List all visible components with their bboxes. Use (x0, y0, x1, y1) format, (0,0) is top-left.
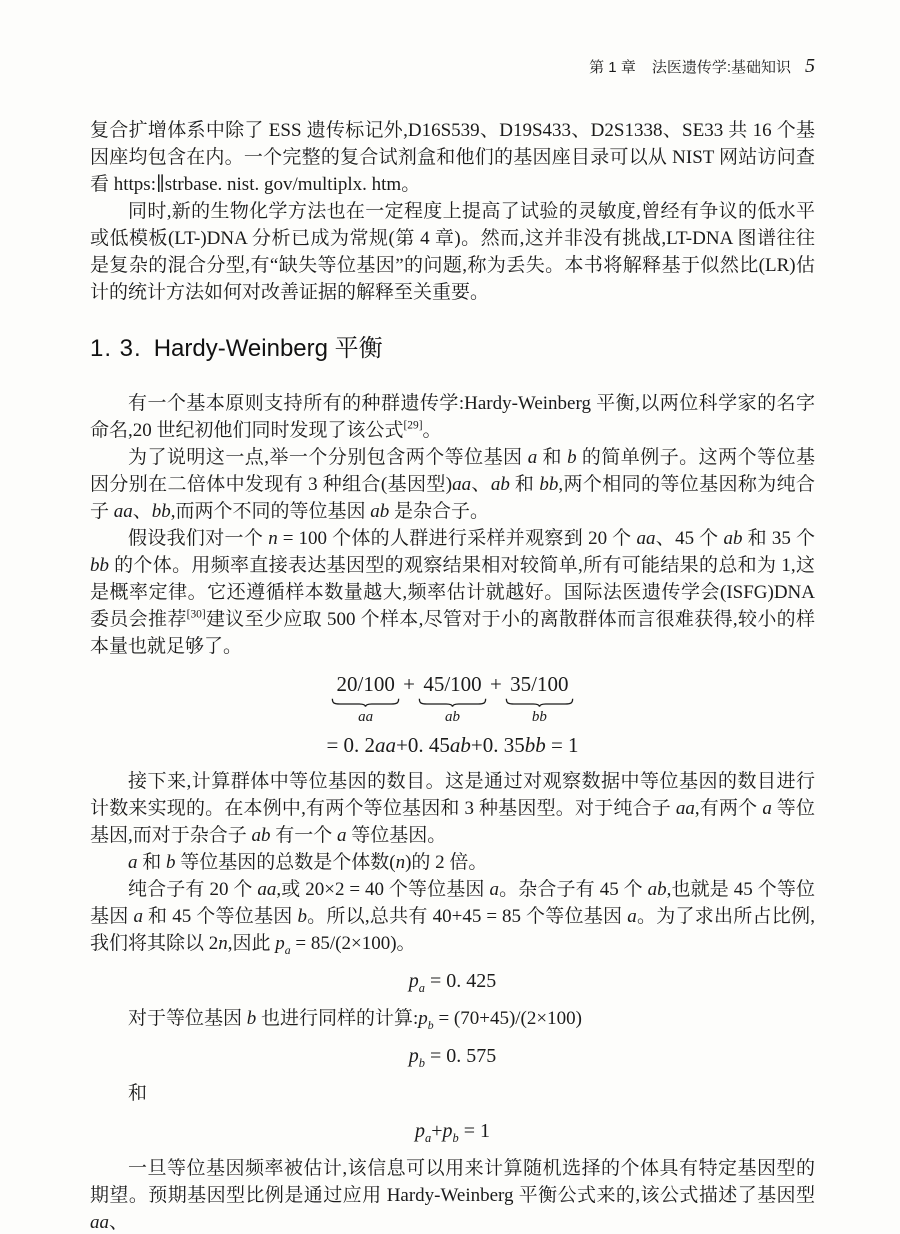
running-header: 第 1 章法医遗传学:基础知识5 (90, 55, 815, 79)
formula-brace-row: 20/100 aa + 45/100 ab + 35/100 bb (328, 672, 577, 725)
paragraph-multiplex-kits: 复合扩增体系中除了 ESS 遗传标记外,D16S539、D19S433、D2S1… (90, 117, 815, 198)
formula-term-ab: 45/100 ab (415, 672, 490, 725)
paragraph-homozygote-count: 纯合子有 20 个 aa,或 20×2 = 40 个等位基因 a。杂合子有 45… (90, 876, 815, 957)
underbrace-icon (505, 698, 574, 707)
underbrace-icon (331, 698, 400, 707)
formula-term-bb: 35/100 bb (502, 672, 577, 725)
formula-pa-plus-pb: pa+pb = 1 (90, 1118, 815, 1144)
paragraph-and-connector: 和 (90, 1080, 815, 1107)
book-page: 第 1 章法医遗传学:基础知识5 复合扩增体系中除了 ESS 遗传标记外,D16… (0, 0, 900, 1234)
header-chapter-label: 第 1 章 (589, 59, 636, 76)
section-heading-hardy-weinberg: 1. 3.Hardy-Weinberg 平衡 (90, 334, 815, 364)
paragraph-lt-dna-sensitivity: 同时,新的生物化学方法也在一定程度上提高了试验的灵敏度,曾经有争议的低水平或低模… (90, 198, 815, 306)
paragraph-principle: 有一个基本原则支持所有的种群遗传学:Hardy-Weinberg 平衡,以两位科… (90, 390, 815, 444)
paragraph-pb-calculation: 对于等位基因 b 也进行同样的计算:pb = (70+45)/(2×100) (90, 1005, 815, 1032)
underbrace-icon (418, 698, 487, 707)
paragraph-allele-counting: 接下来,计算群体中等位基因的数目。这是通过对观察数据中等位基因的数目进行计数来实… (90, 768, 815, 849)
plus-sign: + (490, 672, 502, 697)
formula-pb: pb = 0. 575 (90, 1043, 815, 1069)
formula-term-bb-expression: 35/100 (510, 672, 568, 697)
paragraph-sampling: 假设我们对一个 n = 100 个体的人群进行采样并观察到 20 个 aa、45… (90, 525, 815, 660)
page-number: 5 (805, 55, 815, 77)
formula-term-aa-expression: 20/100 (336, 672, 394, 697)
formula-term-aa: 20/100 aa (328, 672, 403, 725)
formula-result-line: = 0. 2aa+0. 45ab+0. 35bb = 1 (90, 732, 815, 758)
paragraph-allele-example: 为了说明这一点,举一个分别包含两个等位基因 a 和 b 的简单例子。这两个等位基… (90, 444, 815, 525)
formula-term-bb-label: bb (532, 709, 547, 725)
header-chapter-title: 法医遗传学:基础知识 (652, 59, 791, 76)
section-number: 1. 3. (90, 335, 142, 362)
plus-sign: + (403, 672, 415, 697)
formula-pa: pa = 0. 425 (90, 968, 815, 994)
paragraph-allele-total: a 和 b 等位基因的总数是个体数(n)的 2 倍。 (90, 849, 815, 876)
formula-term-ab-expression: 45/100 (423, 672, 481, 697)
section-title: Hardy-Weinberg 平衡 (154, 335, 383, 362)
formula-term-aa-label: aa (358, 709, 373, 725)
genotype-frequency-formula: 20/100 aa + 45/100 ab + 35/100 bb = 0. 2… (90, 672, 815, 758)
formula-term-ab-label: ab (445, 709, 460, 725)
paragraph-expected-genotype: 一旦等位基因频率被估计,该信息可以用来计算随机选择的个体具有特定基因型的期望。预… (90, 1155, 815, 1234)
